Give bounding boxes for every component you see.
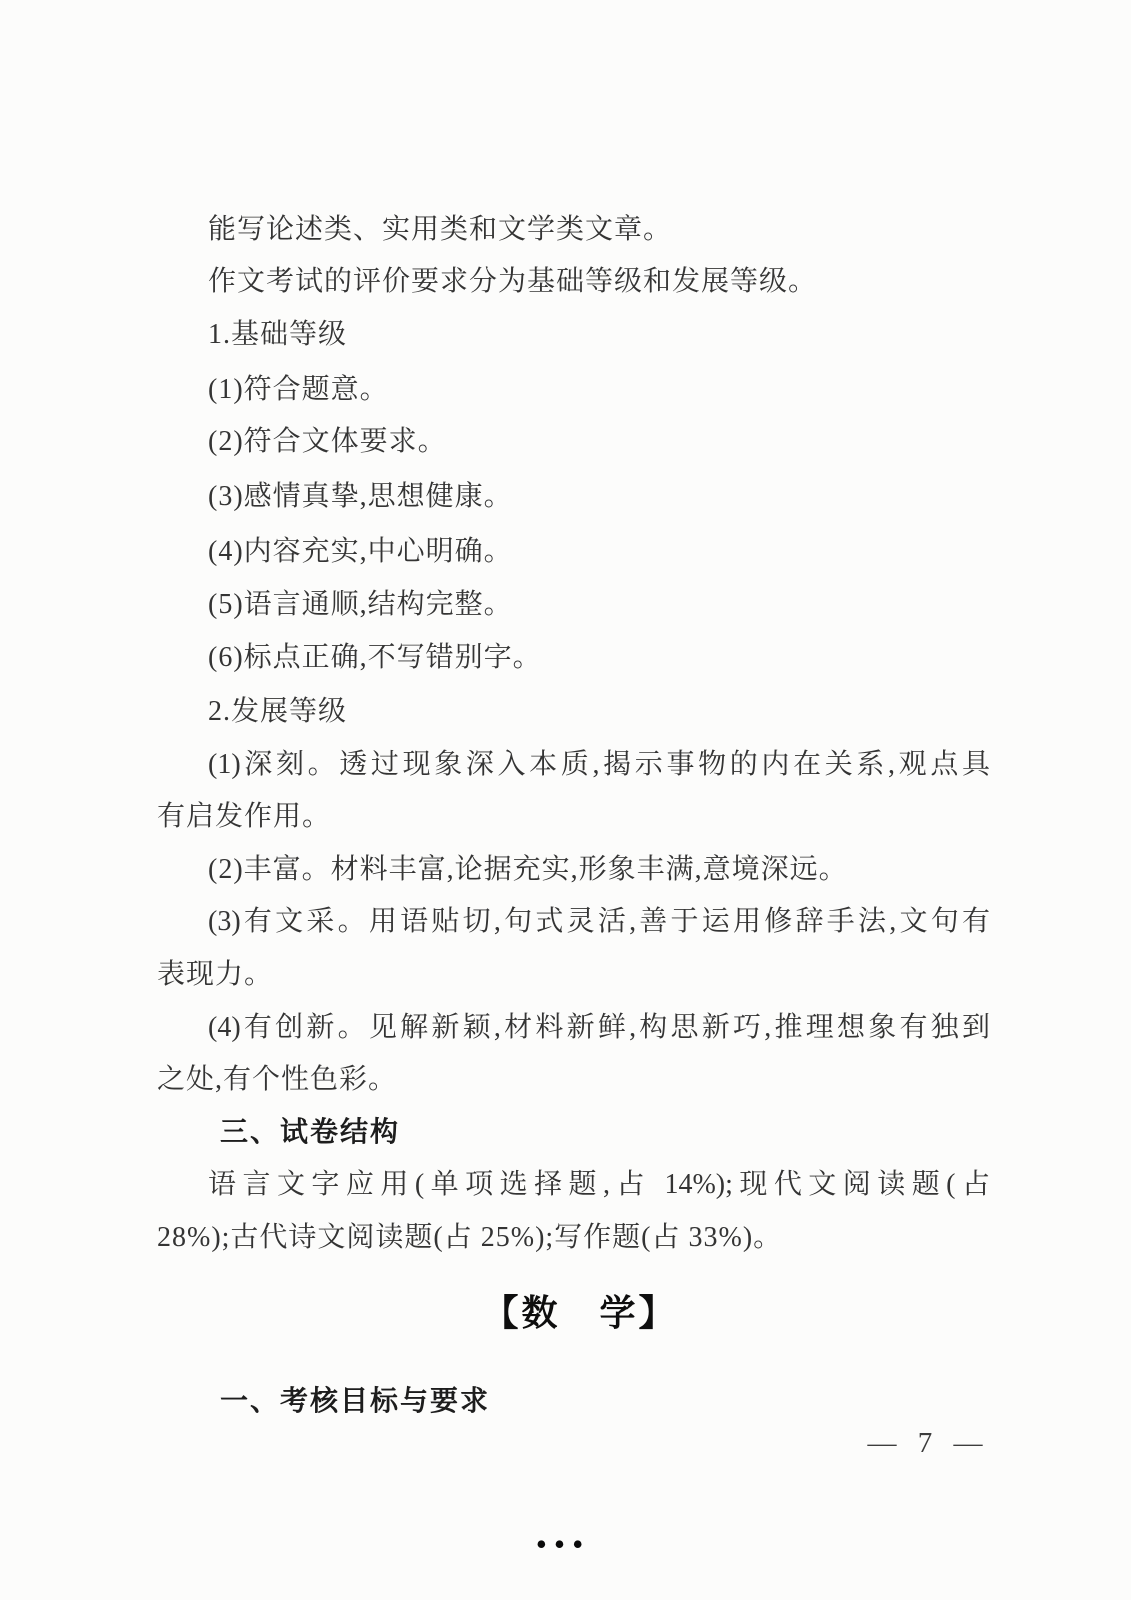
list-item: (6)标点正确,不写错别字。 (208, 632, 542, 684)
text-line: 表现力。 (157, 949, 273, 1001)
page-number: — 7 — (795, 1421, 1055, 1465)
list-item: (2)符合文体要求。 (208, 416, 447, 468)
text-line: 之处,有个性色彩。 (157, 1054, 397, 1106)
text-line: 能写论述类、实用类和文学类文章。 (208, 204, 672, 256)
list-item: (1)深刻。透过现象深入本质,揭示事物的内在关系,观点具 (208, 739, 990, 791)
list-item: (4)有创新。见解新颖,材料新鲜,构思新巧,推理想象有独到 (208, 1002, 990, 1054)
list-item-heading: 2.发展等级 (208, 686, 347, 738)
text-line: 有启发作用。 (157, 791, 331, 843)
section-heading: 一、考核目标与要求 (220, 1376, 490, 1428)
section-heading: 三、试卷结构 (220, 1107, 400, 1159)
list-item: (4)内容充实,中心明确。 (208, 526, 513, 578)
scanned-document-page: 能写论述类、实用类和文学类文章。 作文考试的评价要求分为基础等级和发展等级。 1… (0, 0, 1131, 1600)
list-item: (1)符合题意。 (208, 364, 389, 416)
list-item: (3)感情真挚,思想健康。 (208, 471, 513, 523)
text-line: 语言文字应用(单项选择题,占 14%);现代文阅读题(占 (208, 1159, 990, 1211)
list-item: (5)语言通顺,结构完整。 (208, 579, 513, 631)
more-content-ellipsis-indicator: ••• (478, 1524, 648, 1564)
chapter-title: 【数 学】 (430, 1285, 730, 1341)
list-item: (2)丰富。材料丰富,论据充实,形象丰满,意境深远。 (208, 844, 848, 896)
text-line: 28%);古代诗文阅读题(占 25%);写作题(占 33%)。 (157, 1212, 782, 1264)
list-item-heading: 1.基础等级 (208, 309, 347, 361)
list-item: (3)有文采。用语贴切,句式灵活,善于运用修辞手法,文句有 (208, 896, 990, 948)
text-line: 作文考试的评价要求分为基础等级和发展等级。 (208, 256, 817, 308)
